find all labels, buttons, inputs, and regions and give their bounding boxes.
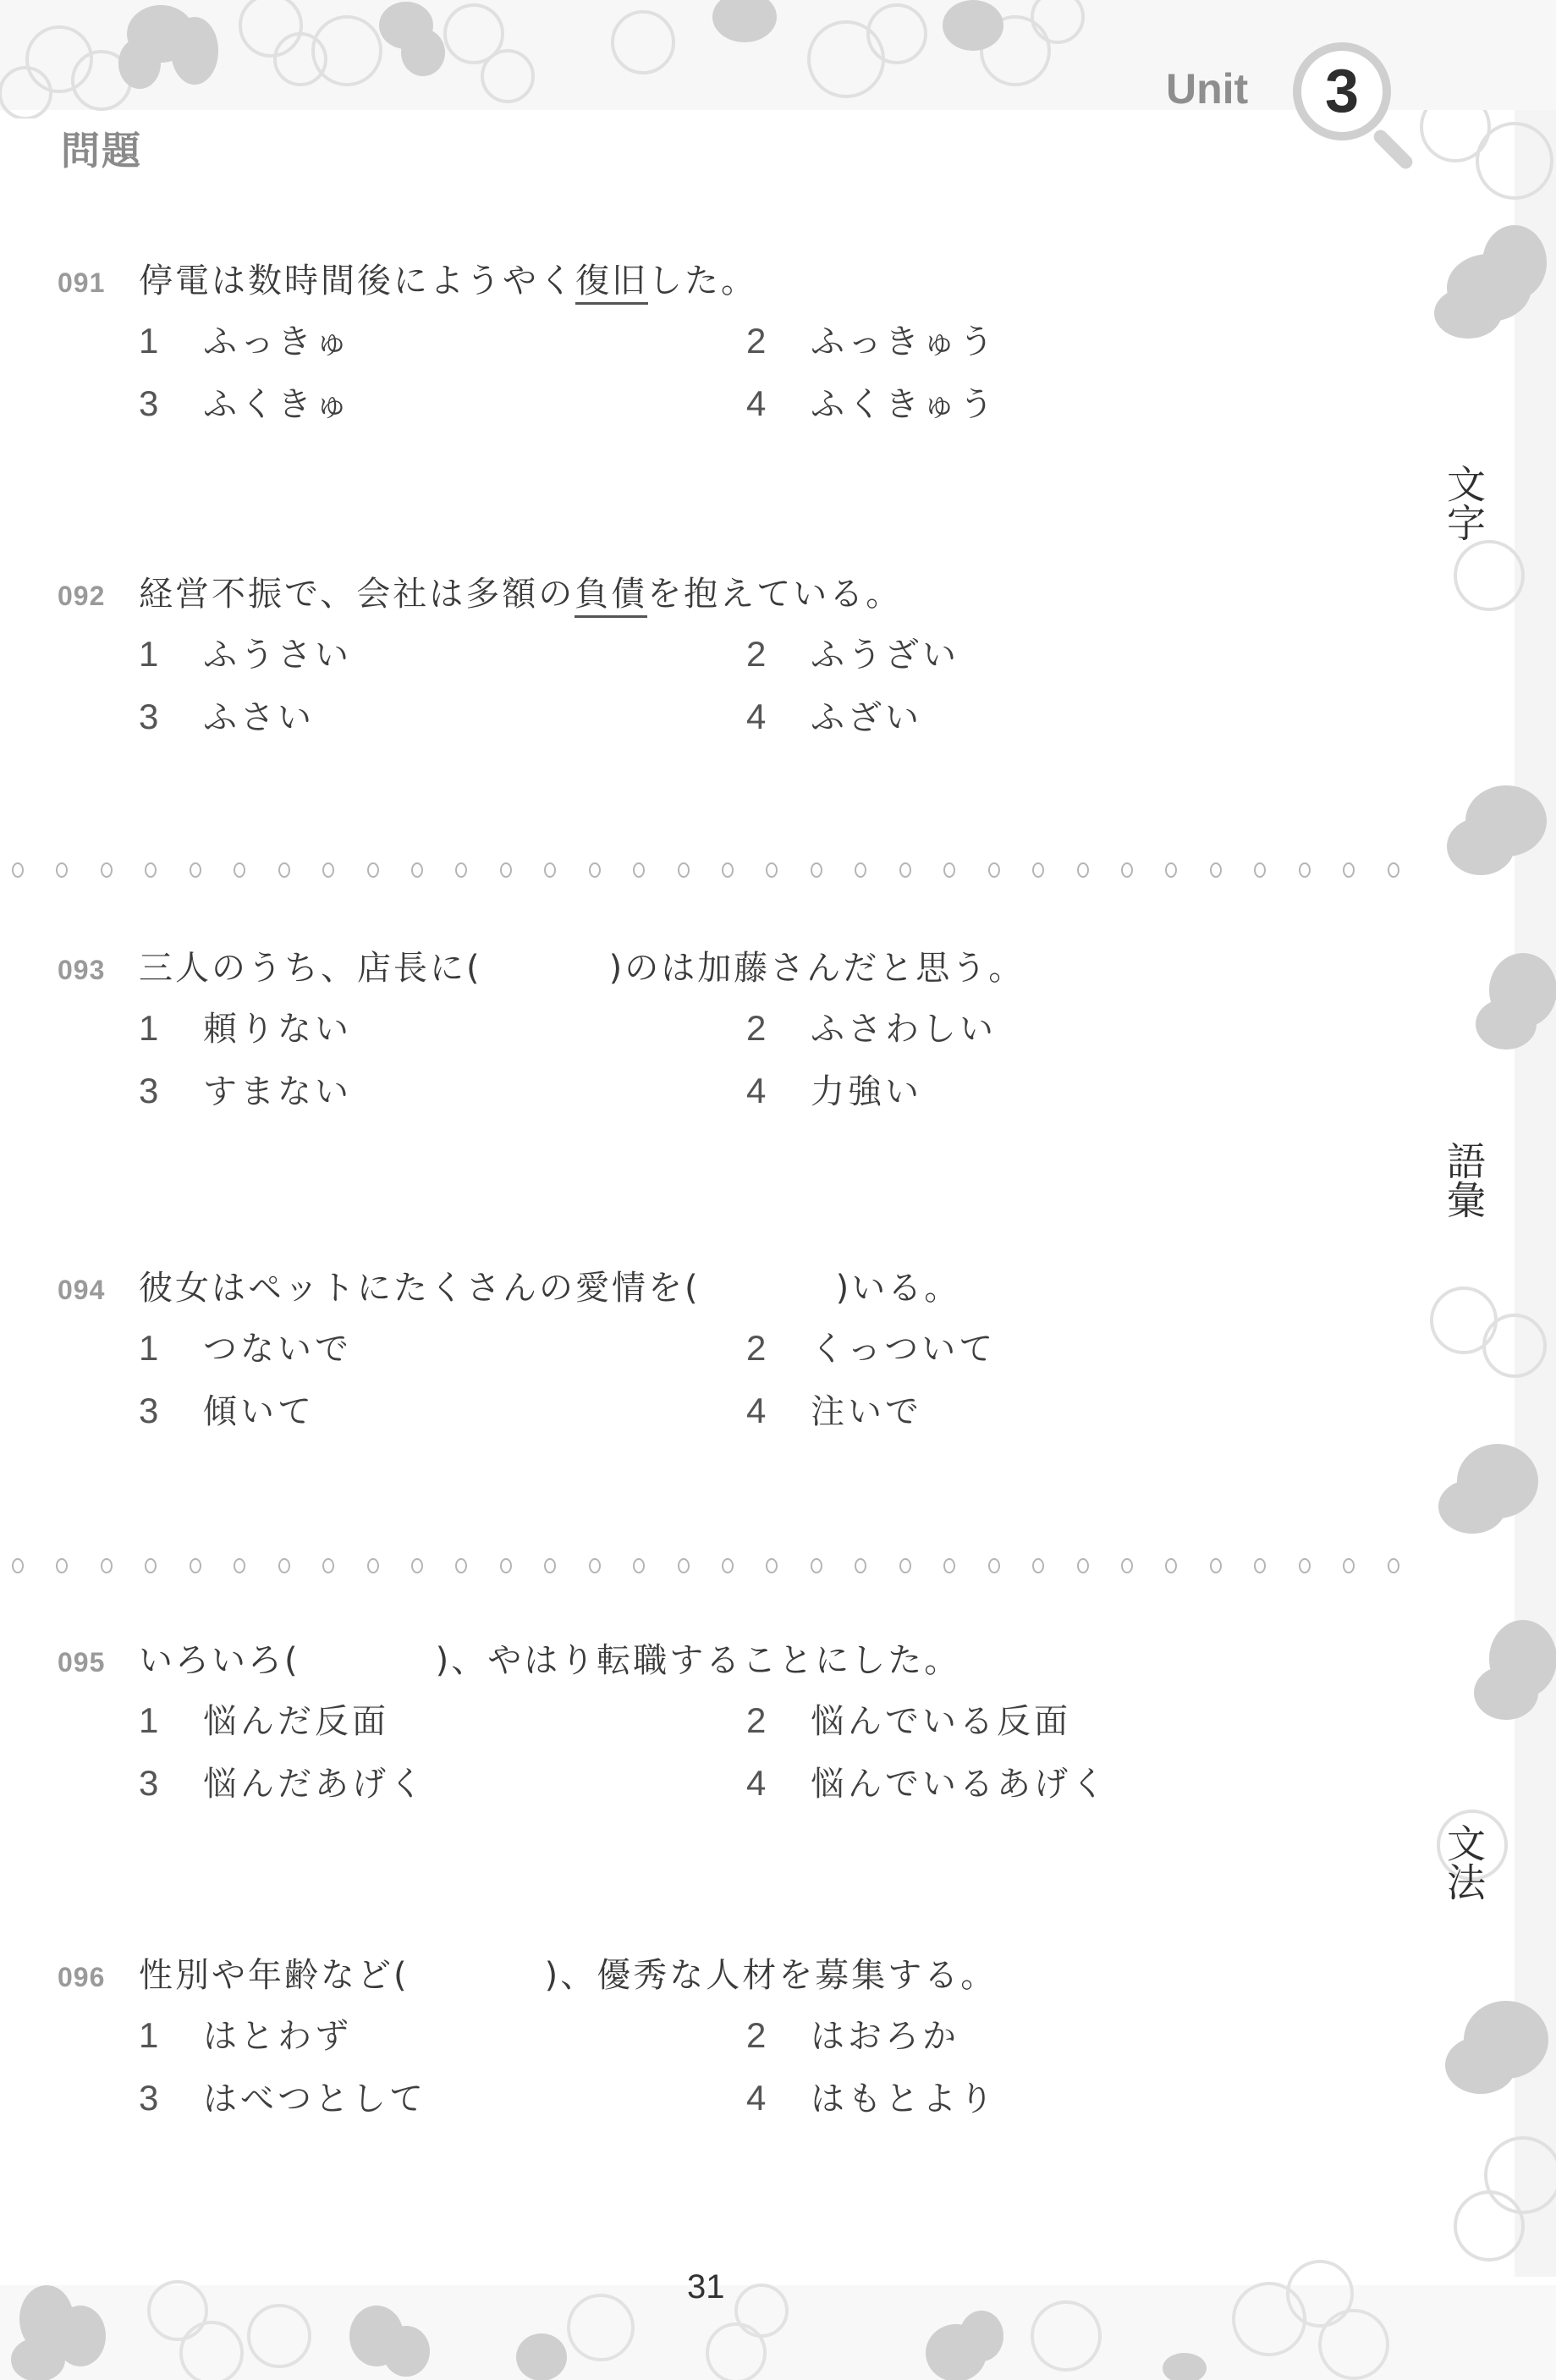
option-1[interactable]: 1悩んだ反面 xyxy=(139,1694,746,1744)
question-number: 094 xyxy=(58,1275,139,1306)
question-096: 096 性別や年齢など()、優秀な人材を募集する。 1はとわず 2はおろか 3は… xyxy=(58,1948,1361,2121)
option-2[interactable]: 2くっついて xyxy=(746,1322,1254,1371)
underlined-word: 復旧 xyxy=(575,262,648,305)
answer-options: 1ふうさい 2ふうざい 3ふさい 4ふざい xyxy=(139,628,1361,740)
option-3[interactable]: 3すまない xyxy=(139,1065,746,1114)
question-number: 095 xyxy=(58,1647,139,1678)
question-number: 093 xyxy=(58,955,139,986)
question-text: 経営不振で、会社は多額の負債を抱えている。 xyxy=(139,567,902,615)
question-text: 停電は数時間後にようやく復旧した。 xyxy=(139,254,757,302)
question-text: いろいろ()、やはり転職することにした。 xyxy=(139,1633,960,1682)
side-tab-bunpou: 文法 xyxy=(1438,1823,1489,1911)
option-3[interactable]: 3傾いて xyxy=(139,1385,746,1434)
option-1[interactable]: 1ふうさい xyxy=(139,628,746,677)
flower-footer-decoration xyxy=(0,2260,1556,2380)
option-1[interactable]: 1頼りない xyxy=(139,1002,746,1051)
option-2[interactable]: 2ふさわしい xyxy=(746,1002,1254,1051)
answer-options: 1ふっきゅ 2ふっきゅう 3ふくきゅ 4ふくきゅう xyxy=(139,315,1361,427)
question-093: 093 三人のうち、店長に()のは加藤さんだと思う。 1頼りない 2ふさわしい … xyxy=(58,941,1361,1114)
magnifier-handle xyxy=(1371,127,1415,171)
unit-label: Unit xyxy=(1166,64,1248,113)
option-2[interactable]: 2悩んでいる反面 xyxy=(746,1694,1254,1744)
unit-badge: Unit 3 xyxy=(1166,34,1445,161)
question-095: 095 いろいろ()、やはり転職することにした。 1悩んだ反面 2悩んでいる反面… xyxy=(58,1633,1361,1806)
option-3[interactable]: 3はべつとして xyxy=(139,2072,746,2121)
unit-number: 3 xyxy=(1325,61,1359,122)
question-text: 性別や年齢など()、優秀な人材を募集する。 xyxy=(139,1948,997,1997)
answer-options: 1はとわず 2はおろか 3はべつとして 4はもとより xyxy=(139,2009,1361,2121)
question-number: 096 xyxy=(58,1962,139,1993)
question-094: 094 彼女はペットにたくさんの愛情を()いる。 1つないで 2くっついて 3傾… xyxy=(58,1261,1361,1434)
option-2[interactable]: 2ふっきゅう xyxy=(746,315,1254,364)
section-title: 問題 xyxy=(61,120,142,176)
side-tab-goi: 語彙 xyxy=(1438,1141,1489,1229)
question-text: 彼女はペットにたくさんの愛情を()いる。 xyxy=(139,1261,960,1309)
option-4[interactable]: 4ふざい xyxy=(746,691,1254,740)
option-4[interactable]: 4はもとより xyxy=(746,2072,1254,2121)
page-number: 31 xyxy=(687,2268,725,2306)
answer-options: 1つないで 2くっついて 3傾いて 4注いで xyxy=(139,1322,1361,1434)
option-3[interactable]: 3悩んだあげく xyxy=(139,1757,746,1806)
option-2[interactable]: 2ふうざい xyxy=(746,628,1254,677)
option-1[interactable]: 1ふっきゅ xyxy=(139,315,746,364)
underlined-word: 負債 xyxy=(575,575,647,618)
option-4[interactable]: 4力強い xyxy=(746,1065,1254,1114)
option-1[interactable]: 1はとわず xyxy=(139,2009,746,2058)
question-091: 091 停電は数時間後にようやく復旧した。 1ふっきゅ 2ふっきゅう 3ふくきゅ… xyxy=(58,254,1361,427)
option-4[interactable]: 4悩んでいるあげく xyxy=(746,1757,1254,1806)
option-1[interactable]: 1つないで xyxy=(139,1322,746,1371)
side-tab-moji: 文字 xyxy=(1438,464,1489,552)
answer-options: 1頼りない 2ふさわしい 3すまない 4力強い xyxy=(139,1002,1361,1114)
question-number: 091 xyxy=(58,267,139,299)
question-text: 三人のうち、店長に()のは加藤さんだと思う。 xyxy=(139,941,1025,989)
question-number: 092 xyxy=(58,581,139,612)
option-3[interactable]: 3ふくきゅ xyxy=(139,377,746,427)
side-tab-label: 語彙 xyxy=(1440,1141,1487,1219)
option-4[interactable]: 4ふくきゅう xyxy=(746,377,1254,427)
side-tab-label: 文字 xyxy=(1440,464,1487,542)
magnifier-icon: 3 xyxy=(1293,42,1391,140)
answer-options: 1悩んだ反面 2悩んでいる反面 3悩んだあげく 4悩んでいるあげく xyxy=(139,1694,1361,1806)
option-4[interactable]: 4注いで xyxy=(746,1385,1254,1434)
dotted-divider xyxy=(12,1556,1399,1576)
option-3[interactable]: 3ふさい xyxy=(139,691,746,740)
dotted-divider xyxy=(12,860,1399,880)
option-2[interactable]: 2はおろか xyxy=(746,2009,1254,2058)
side-tab-label: 文法 xyxy=(1440,1823,1487,1901)
question-092: 092 経営不振で、会社は多額の負債を抱えている。 1ふうさい 2ふうざい 3ふ… xyxy=(58,567,1361,740)
